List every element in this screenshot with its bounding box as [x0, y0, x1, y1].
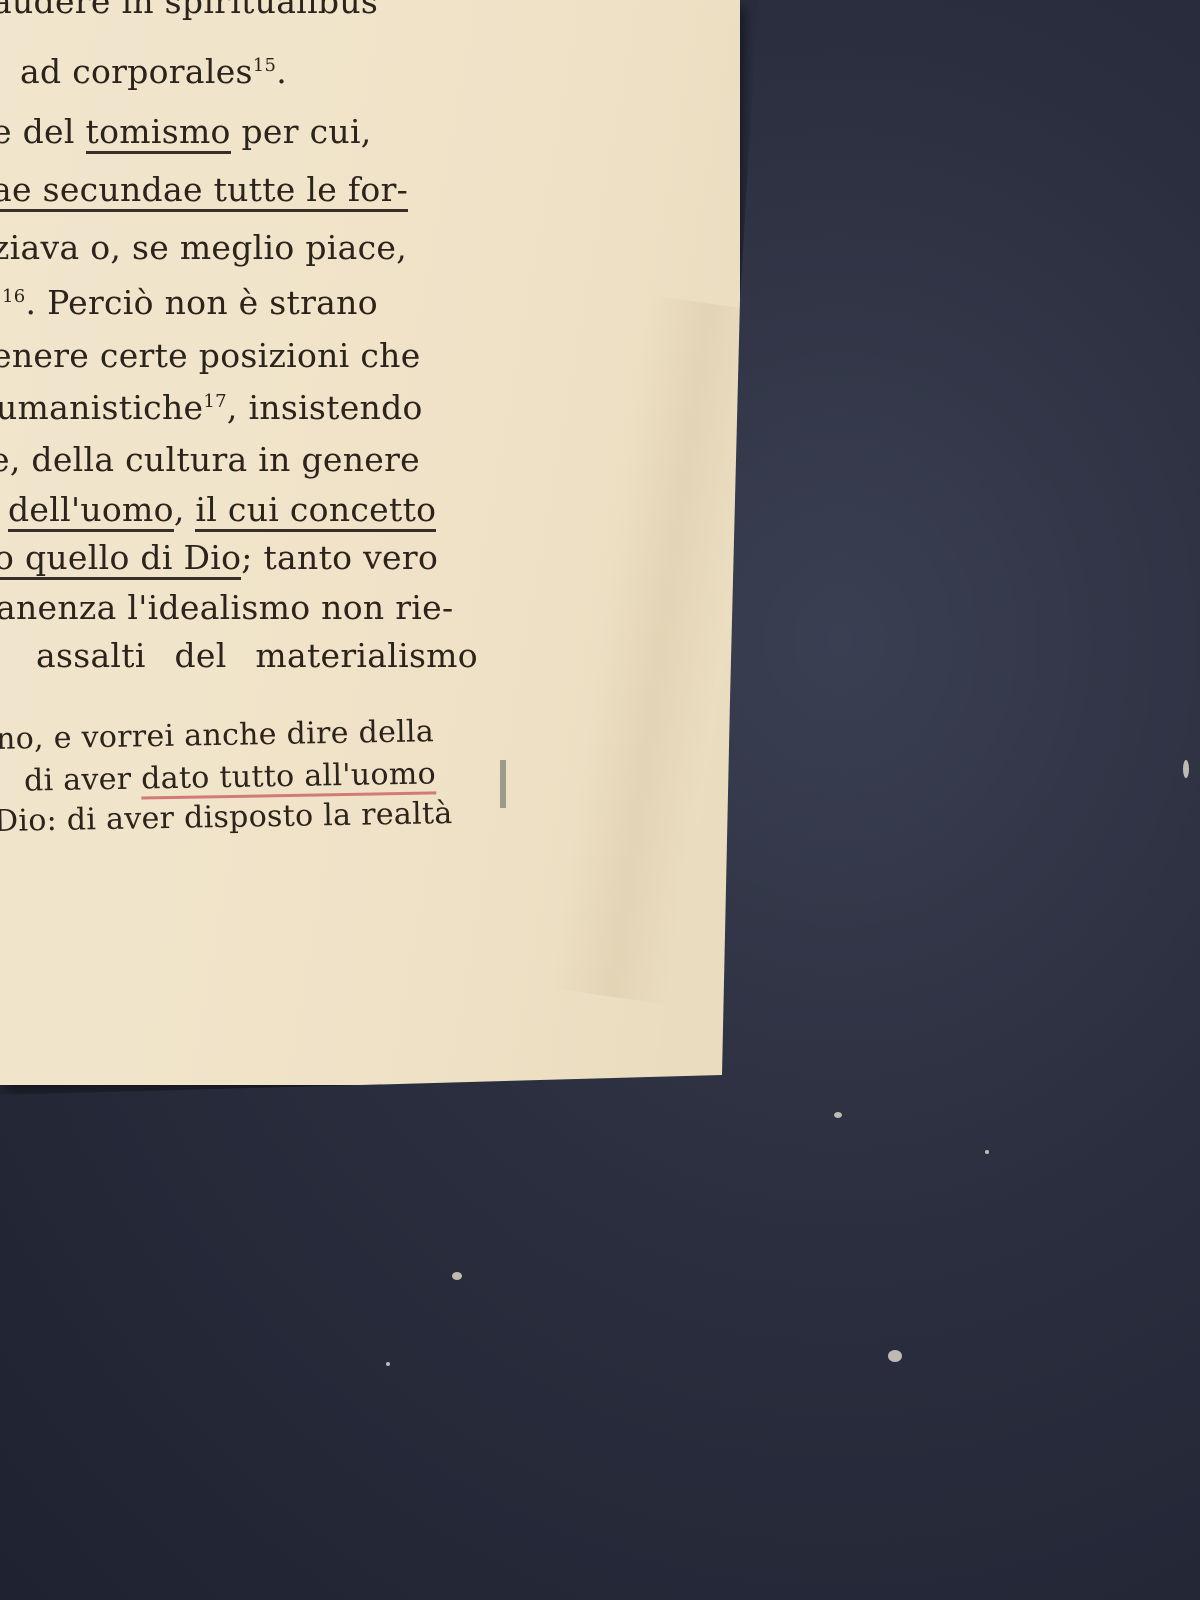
fabric-speck [452, 1272, 462, 1280]
page-crease [552, 295, 768, 1005]
fabric-speck [985, 1150, 989, 1154]
fabric-speck [1183, 760, 1189, 778]
text-line: enere certe posizioni che [0, 336, 421, 375]
text-line: ae secundae tutte le for- [0, 170, 408, 209]
footnote-line: di aver dato tutto all'uomo [24, 756, 437, 798]
fabric-speck [386, 1362, 390, 1366]
footnote-line: Dio: di aver disposto la realtà [0, 796, 453, 839]
text-line: ziava o, se meglio piace, [0, 228, 407, 267]
fabric-speck [834, 1112, 842, 1118]
text-line: audere in spiritualibus [0, 0, 378, 21]
text-line: ad corporales15. [20, 52, 287, 91]
fabric-speck [888, 1350, 902, 1362]
text-line: 16. Perciò non è strano [2, 283, 378, 322]
text-line: umanistiche17, insistendo [0, 388, 423, 427]
text-line: o quello di Dio; tanto vero [0, 538, 438, 577]
text-line: e, della cultura in genere [0, 440, 420, 479]
pencil-margin-mark [500, 760, 506, 808]
footnote-line: no, e vorrei anche dire della [0, 714, 434, 757]
text-line: e del tomismo per cui, [0, 112, 372, 151]
book-page: audere in spiritualibus ad corporales15.… [0, 0, 740, 1085]
text-line: assalti del materialismo [36, 636, 478, 675]
text-line: anenza l'idealismo non rie- [0, 588, 453, 627]
text-line: dell'uomo, il cui concetto [8, 490, 436, 529]
